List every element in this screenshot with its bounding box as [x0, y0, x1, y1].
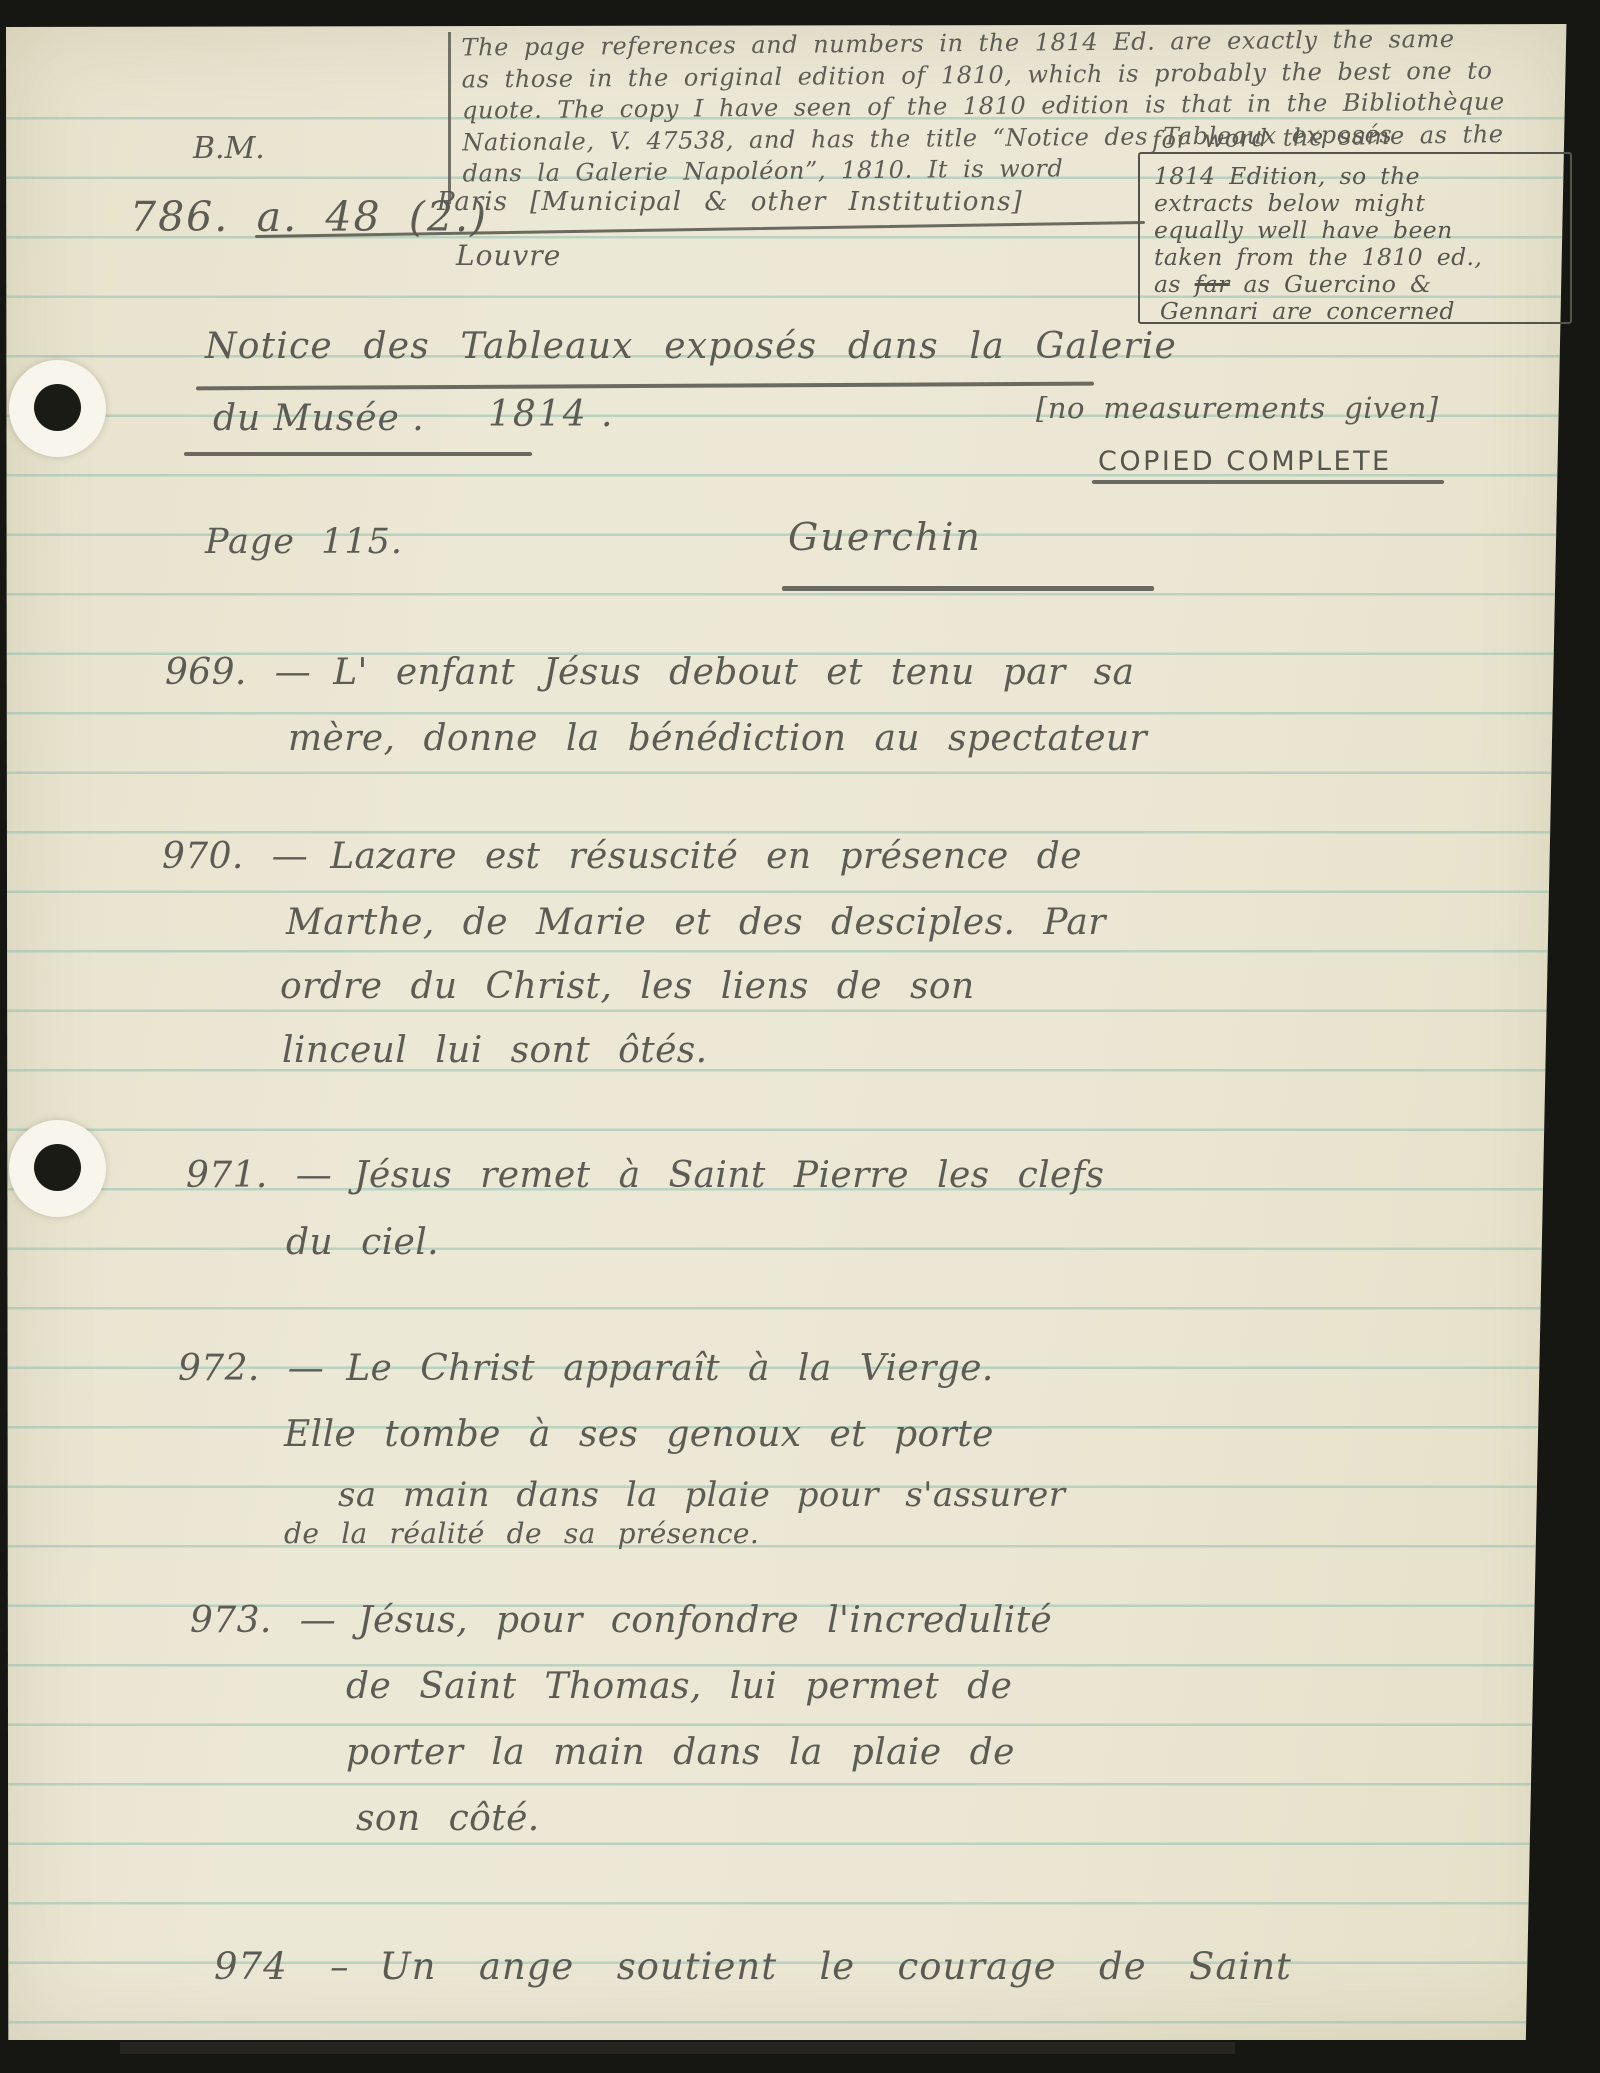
entry-number: 969. — — [165, 652, 311, 693]
entry-970-line-1: 970. —Lazare est résuscité en présence d… — [162, 836, 1082, 877]
entry-number: 971. — — [186, 1155, 332, 1196]
hole-punch-bottom — [9, 1120, 106, 1217]
copied-note: COPIED COMPLETE — [1098, 446, 1392, 477]
entry-972-line-2: Elle tombe à ses genoux et porte — [284, 1414, 994, 1455]
entry-text: Lazare est résuscité en présence de — [330, 836, 1082, 877]
entry-text: Le Christ apparaît à la Vierge. — [346, 1348, 994, 1389]
louvre-label: Louvre — [456, 240, 561, 272]
entry-971-line-2: du ciel. — [286, 1222, 439, 1263]
entry-text: Jésus remet à Saint Pierre les clefs — [354, 1155, 1104, 1196]
side-line5-pre: as — [1154, 270, 1195, 298]
entry-969-line-2: mère, donne la bénédiction au spectateur — [288, 718, 1147, 759]
entry-970-line-3: ordre du Christ, les liens de son — [280, 966, 975, 1007]
hole-center — [34, 1144, 81, 1191]
paris-heading: Paris [Municipal & other Institutions] — [437, 188, 1023, 218]
entry-text: L' enfant Jésus debout et tenu par sa — [333, 652, 1134, 693]
artist-underline — [782, 586, 1154, 591]
side-annotation-line-6: Gennari are concerned — [1160, 297, 1455, 325]
title-year: 1814 . — [488, 394, 615, 435]
copied-underline — [1092, 480, 1444, 484]
hole-center — [34, 384, 81, 431]
artist-heading: Guerchin — [788, 516, 982, 560]
entry-973-line-2: de Saint Thomas, lui permet de — [346, 1666, 1012, 1707]
entry-973-line-4: son côté. — [356, 1798, 540, 1839]
entry-970-line-4: linceul lui sont ôtés. — [282, 1030, 708, 1071]
side-annotation-box: 1814 Edition, so the extracts below migh… — [1138, 152, 1572, 324]
struck-word: far — [1195, 270, 1230, 298]
annotation-left-rule — [448, 32, 451, 204]
entry-972-line-3: sa main dans la plaie pour s'assurer — [338, 1476, 1065, 1515]
entry-970-line-2: Marthe, de Marie et des desciples. Par — [286, 902, 1106, 943]
entry-number: 973. — — [190, 1600, 336, 1641]
entry-972-line-1: 972. —Le Christ apparaît à la Vierge. — [178, 1348, 994, 1389]
entry-text: Un ange soutient le courage de Saint — [379, 1945, 1291, 1988]
entry-number: 974 – — [214, 1945, 349, 1988]
entry-number: 972. — — [178, 1348, 324, 1389]
entry-974-line-1: 974 –Un ange soutient le courage de Sain… — [214, 1946, 1292, 1989]
side-annotation-line-4: taken from the 1810 ed., — [1154, 243, 1482, 271]
side-annotation-line-5: as far as Guercino & — [1154, 270, 1431, 298]
hole-punch-top — [9, 360, 106, 457]
entry-969-line-1: 969. —L' enfant Jésus debout et tenu par… — [165, 652, 1134, 693]
entry-973-line-1: 973. —Jésus, pour confondre l'incredulit… — [190, 1600, 1052, 1641]
title-underline-2 — [184, 452, 532, 456]
side-line5-post: as Guercino & — [1230, 270, 1432, 298]
title-line-2: du Musée . — [213, 398, 425, 439]
bracket-note: [no measurements given] — [1036, 392, 1439, 425]
side-annotation-line-1: 1814 Edition, so the — [1154, 162, 1420, 190]
page-label: Page 115. — [205, 522, 403, 562]
entry-972-line-4: de la réalité de sa présence. — [284, 1518, 759, 1550]
underlying-sheet-edge — [120, 2042, 1235, 2054]
title-line-1: Notice des Tableaux exposés dans la Gale… — [205, 326, 1177, 367]
entry-text: Jésus, pour confondre l'incredulité — [358, 1600, 1052, 1641]
side-annotation-line-2: extracts below might — [1154, 189, 1425, 217]
entry-971-line-1: 971. —Jésus remet à Saint Pierre les cle… — [186, 1155, 1104, 1196]
entry-number: 970. — — [162, 836, 308, 877]
side-annotation-line-3: equally well have been — [1154, 216, 1453, 244]
entry-973-line-3: porter la main dans la plaie de — [346, 1732, 1015, 1773]
shelfmark-library: B.M. — [193, 132, 265, 167]
